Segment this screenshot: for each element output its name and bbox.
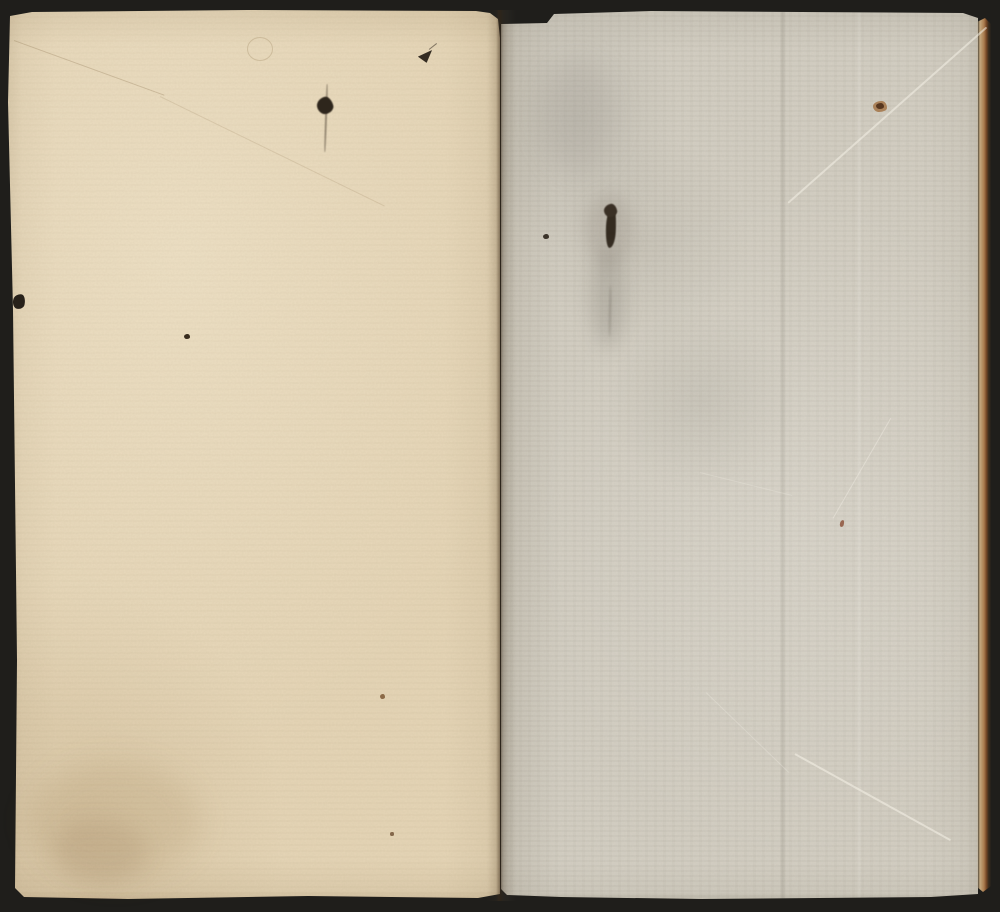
paper-grain-texture <box>8 10 500 901</box>
left-page <box>8 10 500 901</box>
fore-edge-strip <box>977 18 991 892</box>
paper-grain-texture <box>501 10 978 901</box>
book-scan <box>0 0 1000 912</box>
right-page <box>501 10 978 901</box>
